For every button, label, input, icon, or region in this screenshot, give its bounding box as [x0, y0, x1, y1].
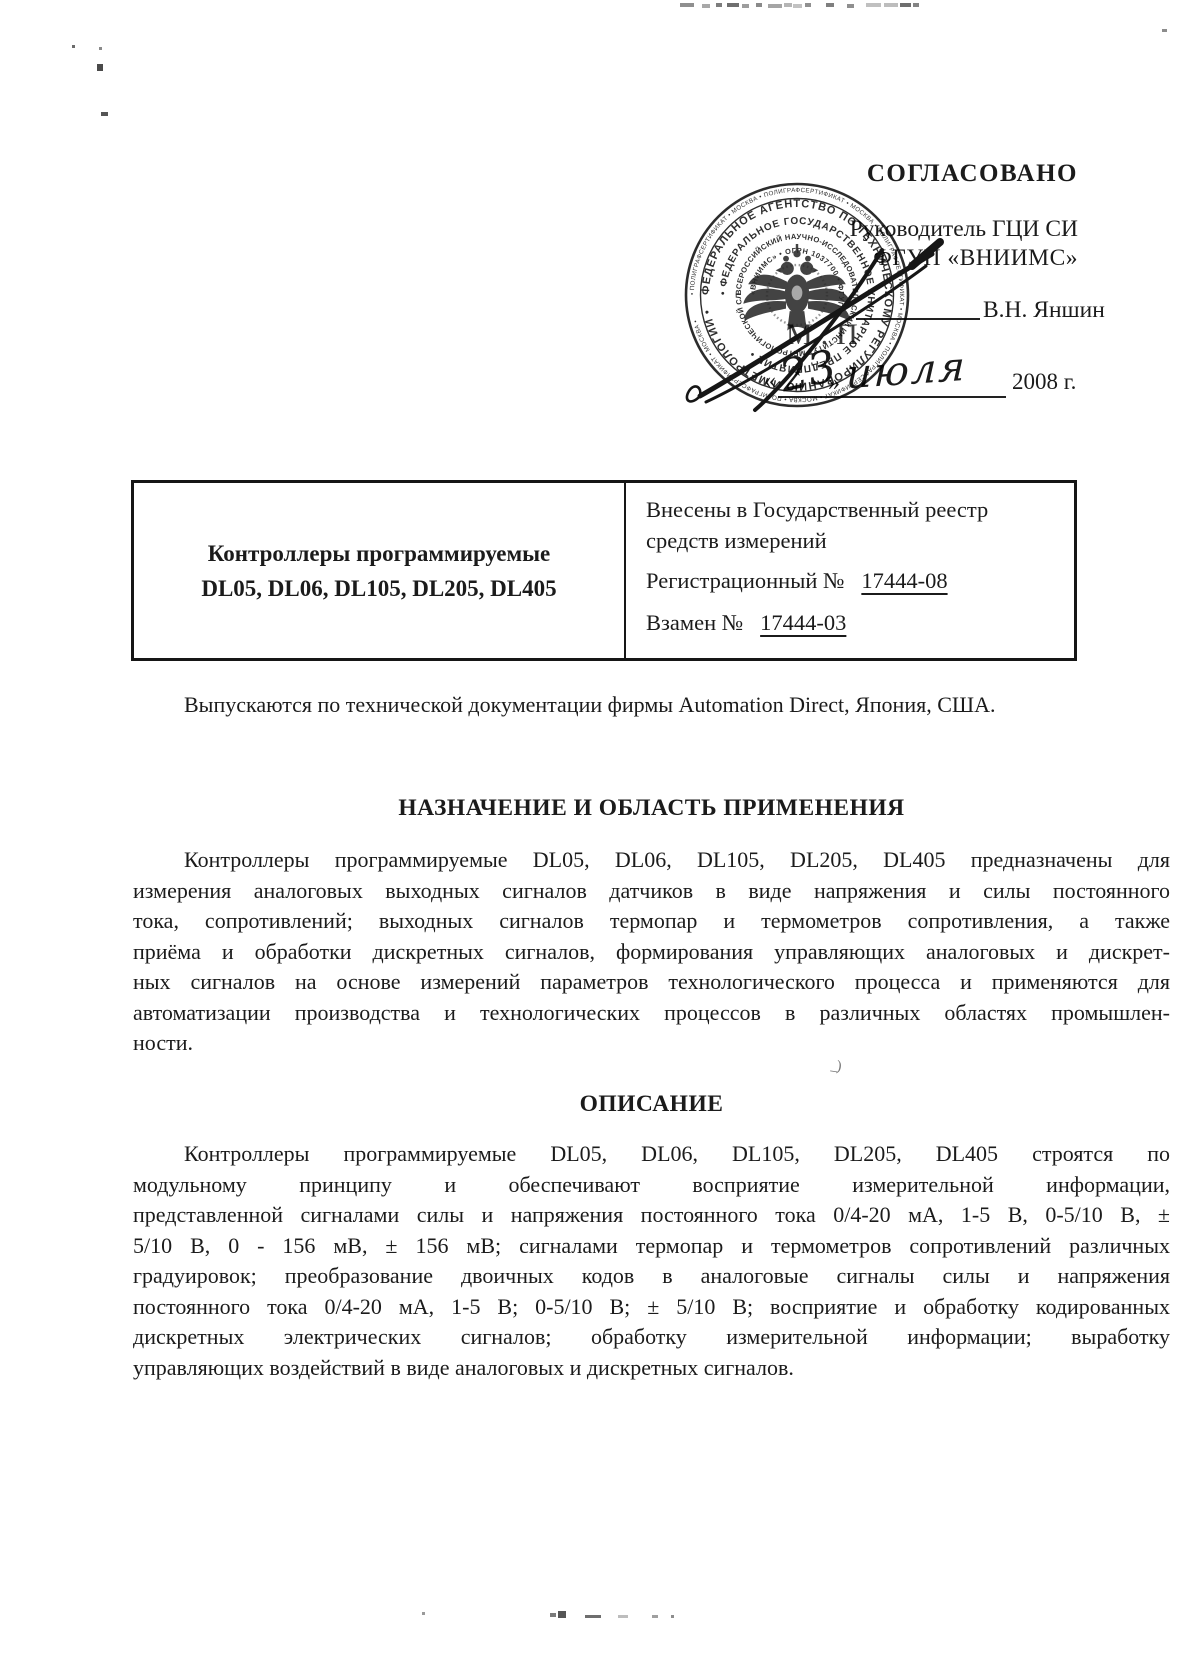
purpose-paragraph-line: приёма и обработки дискретных сигналов, … [133, 937, 1170, 968]
registry-entry-cell: Внесены в Государственный реестр средств… [626, 483, 1074, 658]
description-paragraph-line: представленной сигналами силы и напряжен… [133, 1200, 1170, 1231]
purpose-section-heading: НАЗНАЧЕНИЕ И ОБЛАСТЬ ПРИМЕНЕНИЯ [133, 795, 1170, 822]
replaces-number: 17444-03 [760, 610, 846, 635]
handwritten-signature [640, 170, 1060, 430]
device-name-line2: DL05, DL06, DL105, DL205, DL405 [201, 571, 556, 606]
purpose-paragraph-line: Контроллеры программируемые DL05, DL06, … [133, 845, 1170, 876]
description-paragraph-line: модульному принципу и обеспечивают воспр… [133, 1170, 1170, 1201]
description-section-heading: ОПИСАНИЕ [133, 1091, 1170, 1118]
purpose-paragraph-line: измерения аналоговых выходных сигналов д… [133, 876, 1170, 907]
registry-table: Контроллеры программируемые DL05, DL06, … [131, 480, 1077, 661]
scanned-document-page: СОГЛАСОВАНО Руководитель ГЦИ СИ ФГУП «ВН… [0, 0, 1191, 1662]
registry-entry-line1: Внесены в Государственный реестр [646, 494, 1064, 525]
purpose-paragraph-line: автоматизации производства и технологиче… [133, 998, 1170, 1029]
description-paragraph-line: 5/10 В, 0 - 156 мВ, ± 156 мВ; сигналами … [133, 1231, 1170, 1262]
description-paragraph-line: Контроллеры программируемые DL05, DL06, … [133, 1139, 1170, 1170]
registration-label: Регистрационный № [646, 568, 844, 593]
purpose-paragraph-line: ных сигналов на основе измерений парамет… [133, 967, 1170, 998]
registration-number-row: Регистрационный № 17444-08 [646, 565, 1064, 596]
registry-entry-line2: средств измерений [646, 525, 1064, 556]
manufacture-note: Выпускаются по технической документации … [133, 692, 1170, 718]
description-paragraph-line: управляющих воздействий в виде аналоговы… [133, 1353, 1170, 1384]
ink-artifact: _) [830, 1057, 841, 1075]
description-paragraph-line: градуировок; преобразование двоичных код… [133, 1261, 1170, 1292]
description-paragraph-line: постоянного тока 0/4-20 мА, 1-5 В; 0-5/1… [133, 1292, 1170, 1323]
description-paragraph-line: дискретных электрических сигналов; обраб… [133, 1322, 1170, 1353]
replaces-number-row: Взамен № 17444-03 [646, 607, 1064, 638]
purpose-paragraph-line: ности. [133, 1028, 1170, 1059]
registration-number: 17444-08 [861, 568, 947, 593]
device-name-line1: Контроллеры программируемые [208, 536, 551, 571]
purpose-paragraph-line: тока, сопротивлений; выходных сигналов т… [133, 906, 1170, 937]
device-name-cell: Контроллеры программируемые DL05, DL06, … [134, 483, 626, 658]
replaces-label: Взамен № [646, 610, 743, 635]
